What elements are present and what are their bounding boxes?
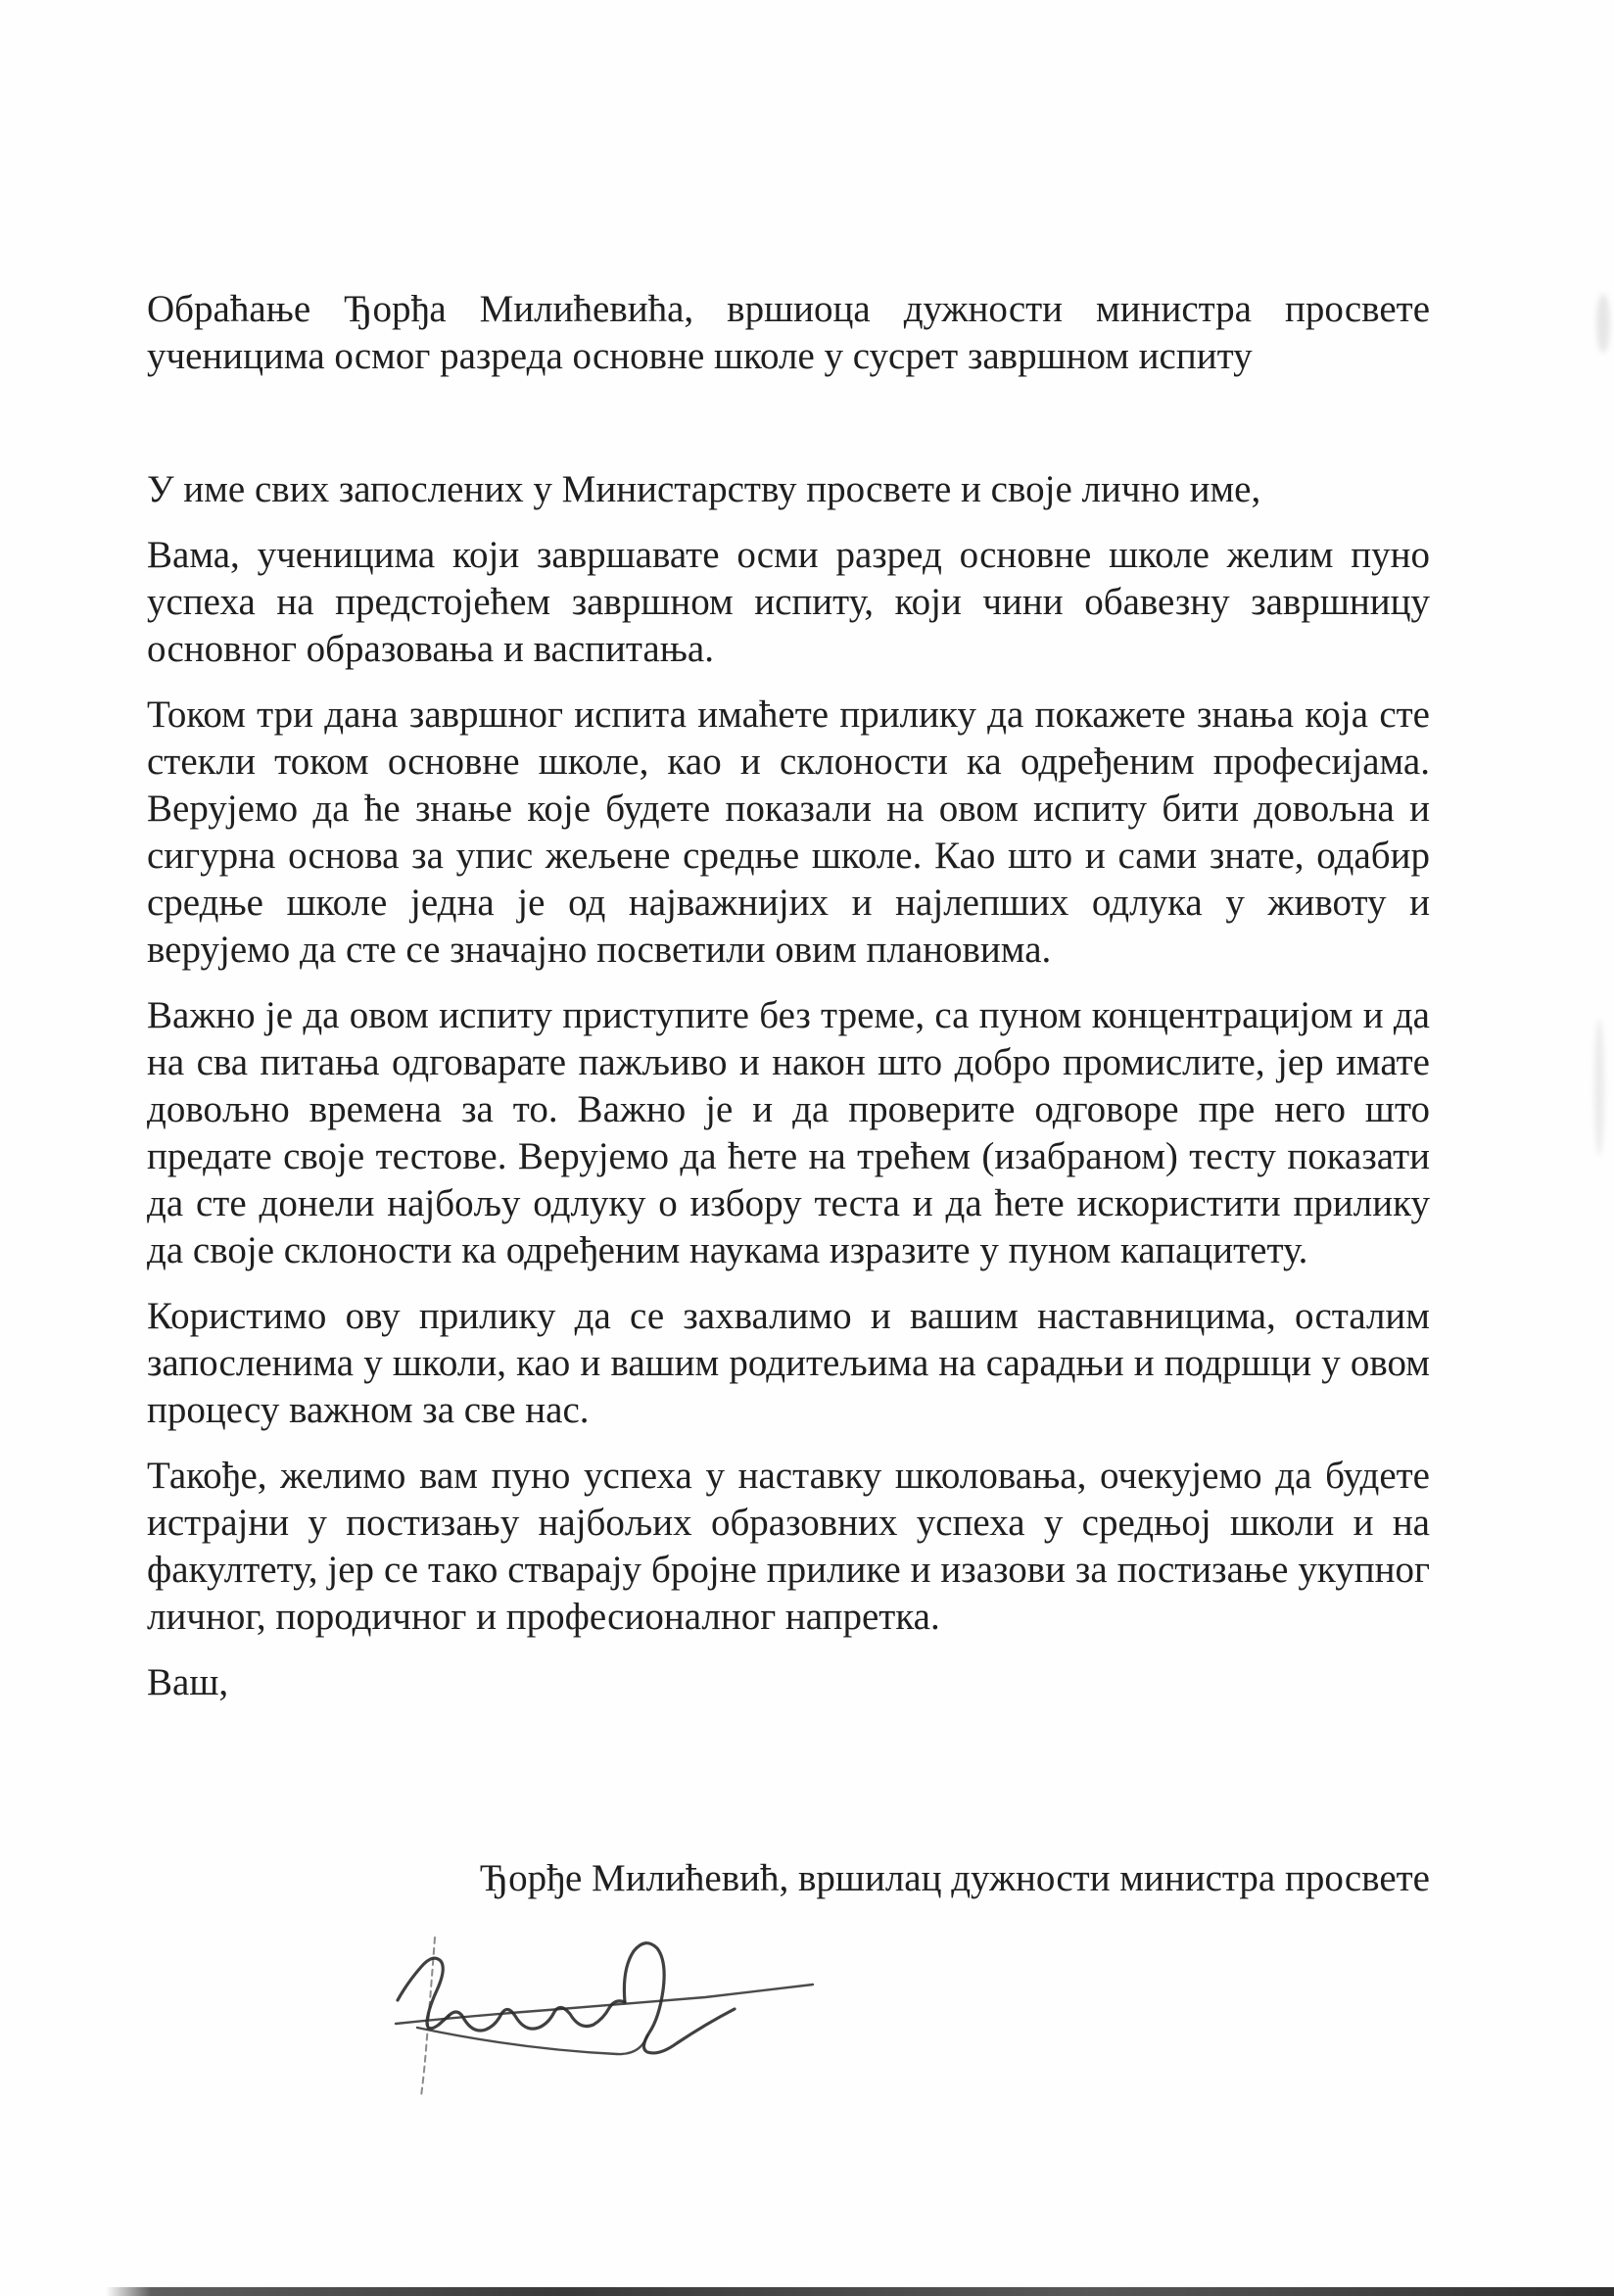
- paragraph-wishes: Вама, ученицима који завршавате осми раз…: [147, 532, 1430, 673]
- paragraph-exam-advice: Важно је да овом испиту приступите без т…: [147, 992, 1430, 1274]
- paragraph-thanks: Користимо ову прилику да се захвалимо и …: [147, 1293, 1430, 1434]
- scan-artifact-bottom-edge: [106, 2287, 1614, 2296]
- signatory-name-and-title: Ђорђе Милићевић, вршилац дужности минист…: [147, 1855, 1430, 1902]
- paragraph-future-success: Такође, желимо вам пуно успеха у наставк…: [147, 1453, 1430, 1641]
- paragraph-salutation: У име свих запослених у Министарству про…: [147, 466, 1430, 513]
- scan-noise-smudge: [1594, 1019, 1604, 1156]
- closing-salutation: Ваш,: [147, 1659, 1430, 1706]
- letter-body: Обраћање Ђорђа Милићевића, вршиоца дужно…: [147, 286, 1430, 1902]
- scan-noise-smudge: [1596, 294, 1610, 353]
- scanned-letter-page: Обраћање Ђорђа Милићевића, вршиоца дужно…: [0, 0, 1614, 2296]
- handwritten-signature-scribble: [382, 1922, 862, 2137]
- letter-title: Обраћање Ђорђа Милићевића, вршиоца дужно…: [147, 286, 1430, 380]
- paragraph-exam-days: Током три дана завршног испита имаћете п…: [147, 692, 1430, 974]
